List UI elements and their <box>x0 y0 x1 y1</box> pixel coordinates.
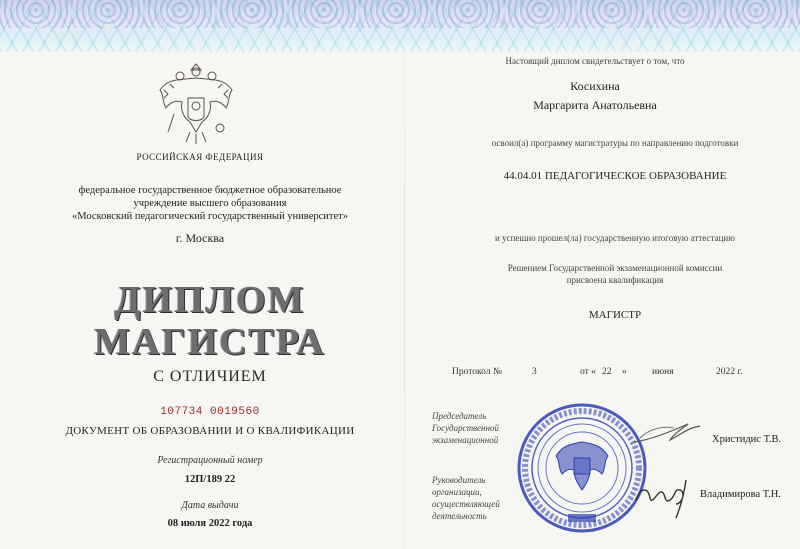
head-name: Владимирова Т.Н. <box>700 489 800 500</box>
protocol-close-quote: » <box>622 367 627 377</box>
graduate-surname: Косихина <box>430 79 760 94</box>
graduate-given-names: Маргарита Анатольевна <box>430 98 760 113</box>
protocol-from: от « <box>580 367 596 377</box>
organization-name: федеральное государственное бюджетное об… <box>40 184 380 223</box>
city: г. Москва <box>150 231 250 246</box>
diploma-degree: МАГИСТРА <box>60 322 360 362</box>
protocol-number: 3 <box>532 367 537 377</box>
honors-label: С ОТЛИЧИЕМ <box>110 368 310 386</box>
issue-date-label: Дата выдачи <box>110 500 310 511</box>
registration-label: Регистрационный номер <box>110 455 310 466</box>
coat-of-arms-icon <box>150 58 242 150</box>
issue-date: 08 июля 2022 года <box>110 518 310 529</box>
commission-decision: Решением Государственной экзаменационной… <box>430 262 800 286</box>
page-fold <box>404 52 405 549</box>
decorative-border <box>0 0 800 52</box>
protocol-day: 22 <box>602 367 612 377</box>
intro-text: Настоящий диплом свидетельствует о том, … <box>430 56 760 66</box>
border-rosettes <box>0 0 800 28</box>
diploma-title: ДИПЛОМ <box>60 280 360 320</box>
organization-line-2: учреждение высшего образования <box>40 197 380 210</box>
official-seal-icon <box>516 402 648 534</box>
chairman-name: Христидис Т.В. <box>712 434 800 445</box>
country-name: РОССИЙСКАЯ ФЕДЕРАЦИЯ <box>100 152 300 162</box>
organization-line-1: федеральное государственное бюджетное об… <box>40 184 380 197</box>
program-name: 44.04.01 ПЕДАГОГИЧЕСКОЕ ОБРАЗОВАНИЕ <box>430 170 800 182</box>
organization-line-3: «Московский педагогический государственн… <box>40 210 380 223</box>
protocol-year: 2022 г. <box>716 367 743 377</box>
document-type: ДОКУМЕНТ ОБ ОБРАЗОВАНИИ И О КВАЛИФИКАЦИИ <box>30 425 390 437</box>
decision-line-2: присвоена квалификация <box>430 274 800 286</box>
chairman-signature-icon <box>630 418 710 448</box>
protocol-label: Протокол № <box>452 367 502 377</box>
serial-number: 107734 0019560 <box>100 406 320 418</box>
qualification: МАГИСТР <box>430 309 800 321</box>
protocol-month: июня <box>652 367 674 377</box>
attestation-text: и успешно прошел(ла) государственную ито… <box>430 233 800 243</box>
decision-line-1: Решением Государственной экзаменационной… <box>430 262 800 274</box>
registration-number: 12П/189 22 <box>110 474 310 485</box>
mastered-text: освоил(а) программу магистратуры по напр… <box>430 138 800 148</box>
head-signature-icon <box>630 470 700 520</box>
